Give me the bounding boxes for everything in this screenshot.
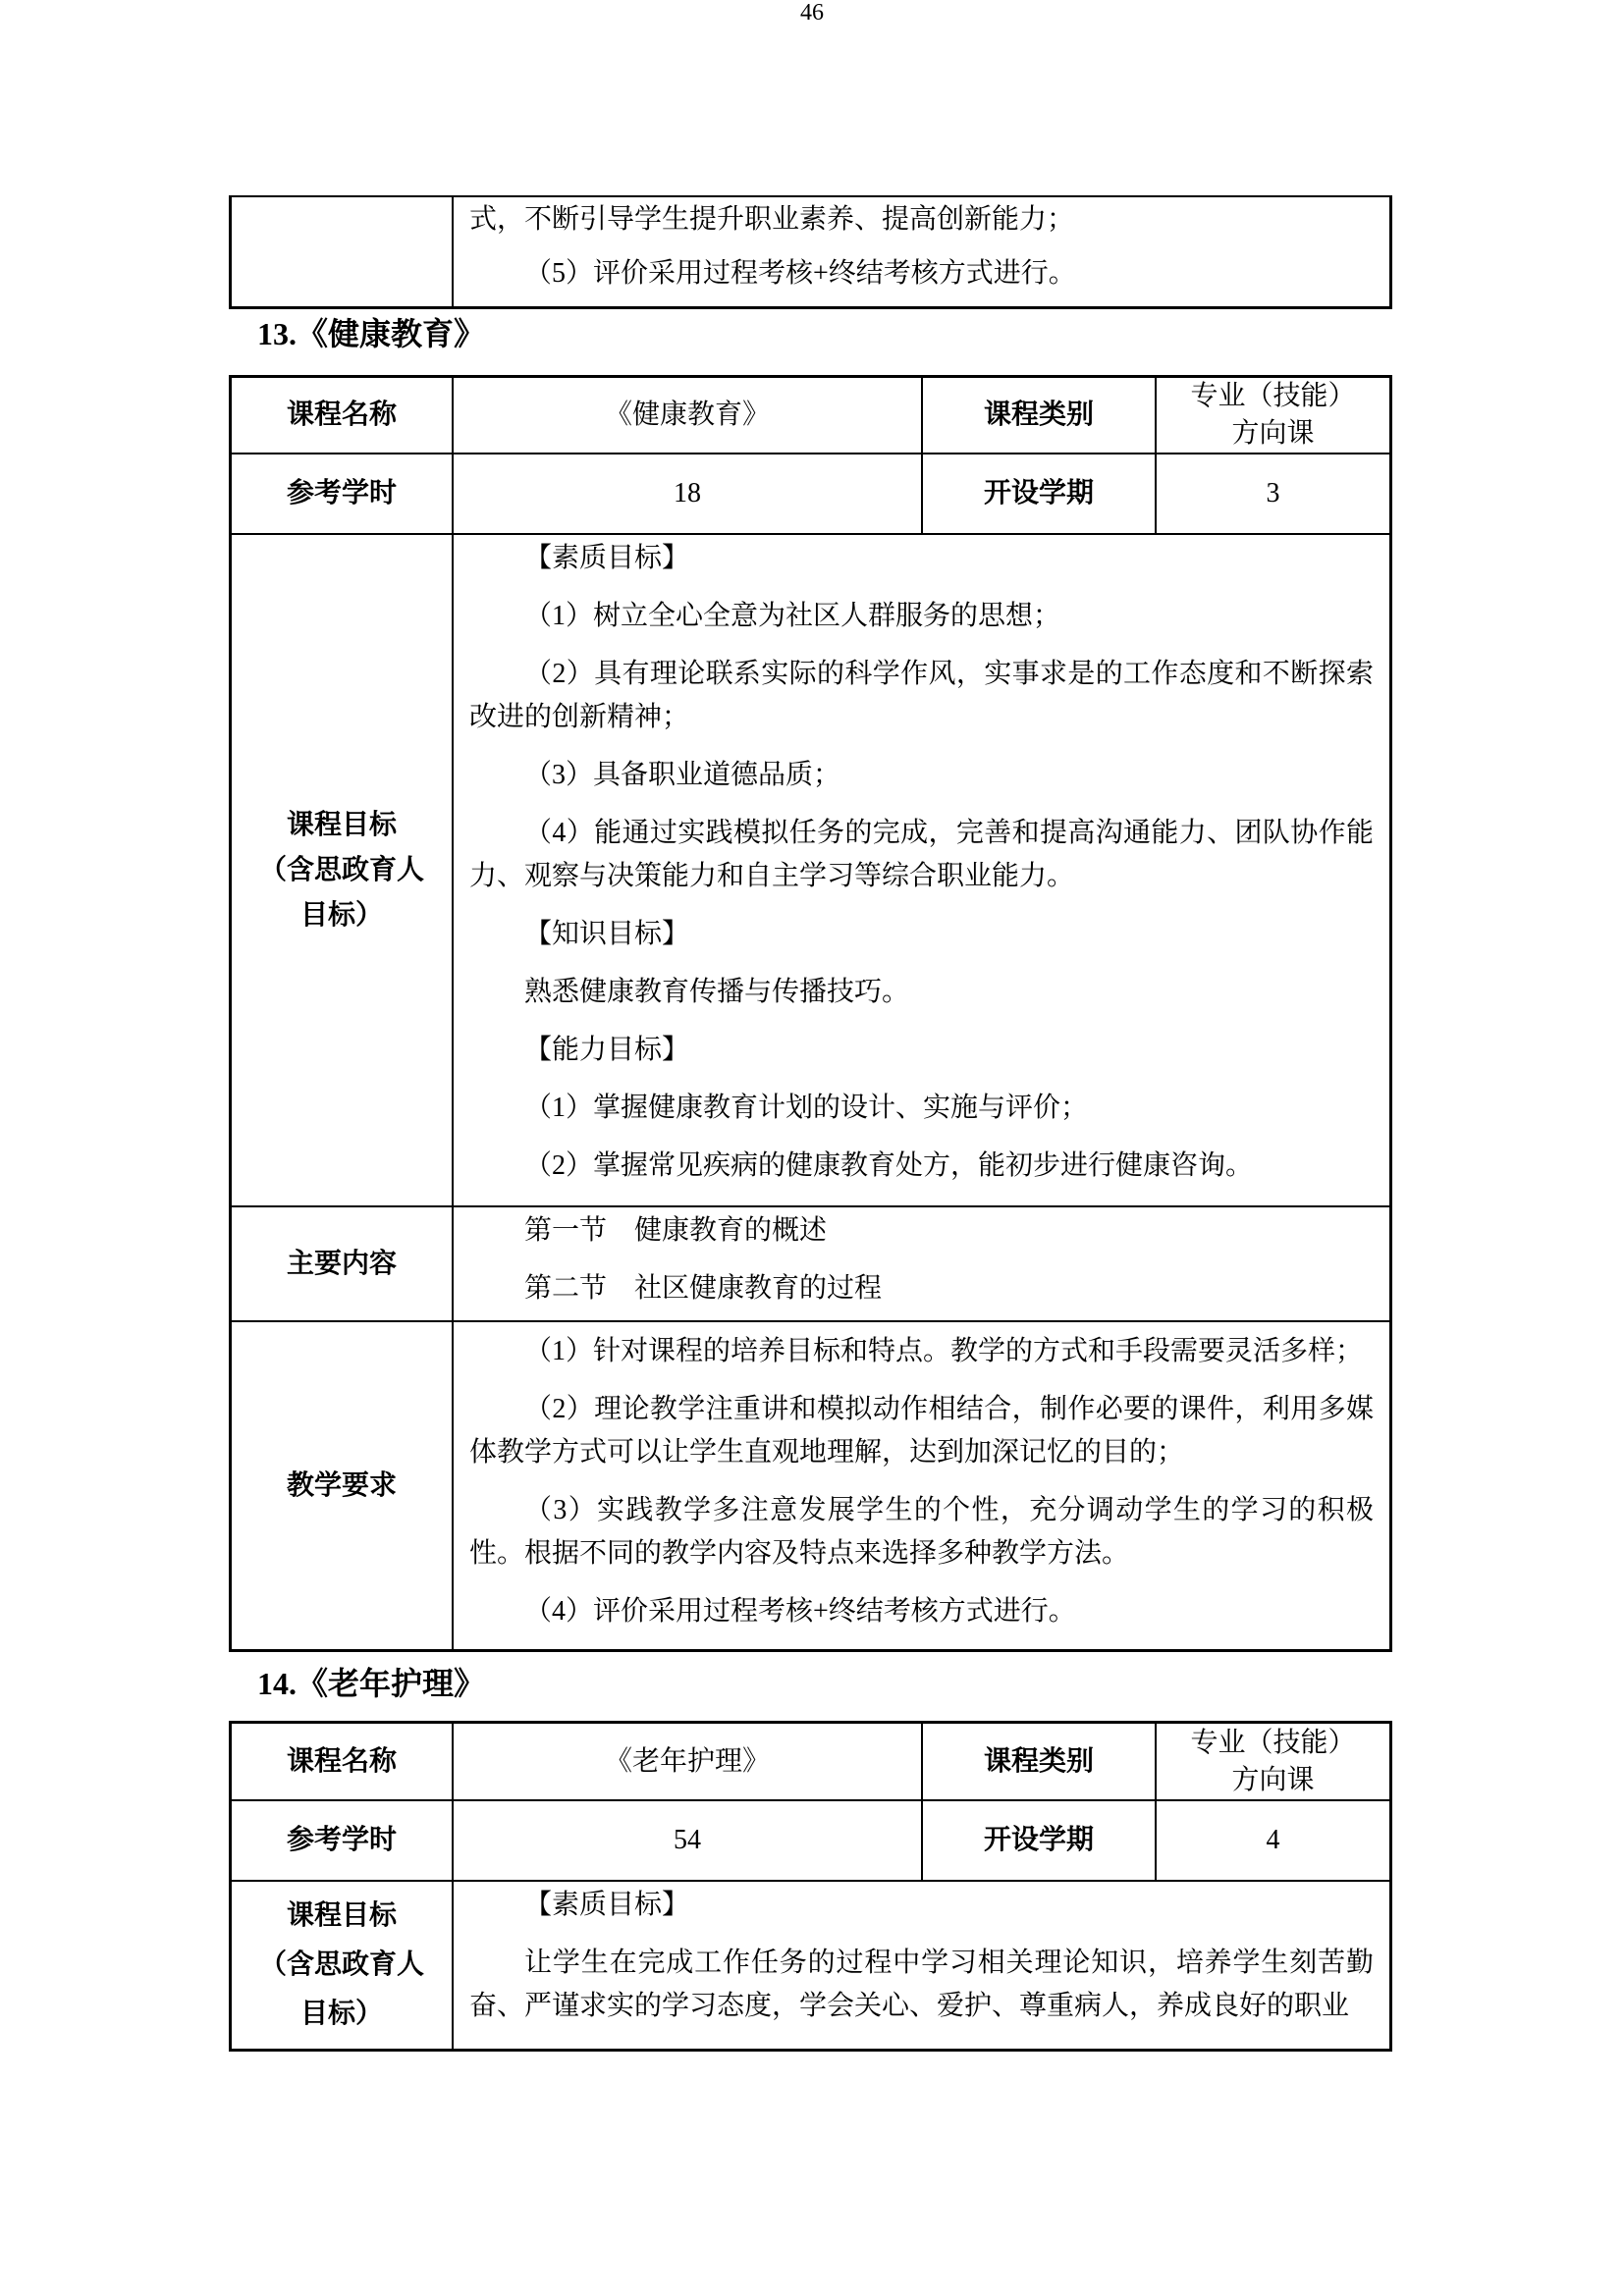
- objectives-label: 课程目标 （含思政育人 目标）: [259, 803, 424, 938]
- semester-label-cell: 开设学期: [923, 454, 1157, 535]
- objectives-label-cell: 课程目标 （含思政育人 目标）: [232, 1882, 454, 2049]
- course-name-label: 课程名称: [287, 1739, 397, 1785]
- hours-value-cell: 54: [454, 1801, 923, 1882]
- content-line: 第二节 社区健康教育的过程: [469, 1267, 1374, 1310]
- hours-label-cell: 参考学时: [232, 1801, 454, 1882]
- hours-value: 18: [674, 475, 701, 512]
- requirements-label: 教学要求: [287, 1464, 397, 1509]
- course-name-value: 《健康教育》: [605, 397, 770, 434]
- category-label-cell: 课程类别: [923, 378, 1157, 454]
- objective-line: 【知识目标】: [469, 913, 1374, 956]
- requirement-line: （3）实践教学多注意发展学生的个性，充分调动学生的学习的积极性。根据不同的教学内…: [469, 1489, 1374, 1575]
- category-value: 专业（技能） 方向课: [1190, 1725, 1355, 1799]
- course-name-label-cell: 课程名称: [232, 378, 454, 454]
- main-content-cell: 第一节 健康教育的概述 第二节 社区健康教育的过程: [454, 1207, 1389, 1322]
- requirements-content-cell: （1）针对课程的培养目标和特点。教学的方式和手段需要灵活多样； （2）理论教学注…: [454, 1322, 1389, 1649]
- hours-label: 参考学时: [287, 471, 397, 516]
- page-number: 46: [0, 0, 1624, 27]
- fragment-line: 式，不断引导学生提升职业素养、提高创新能力；: [469, 198, 1374, 241]
- objective-line: （1）树立全心全意为社区人群服务的思想；: [469, 595, 1374, 638]
- main-content-label-cell: 主要内容: [232, 1207, 454, 1322]
- requirement-line: （1）针对课程的培养目标和特点。教学的方式和手段需要灵活多样；: [469, 1330, 1374, 1373]
- course-table-health-education: 课程名称 《健康教育》 课程类别 专业（技能） 方向课 参考学时 18 开设学期…: [229, 375, 1392, 1652]
- objective-line: （4）能通过实践模拟任务的完成，完善和提高沟通能力、团队协作能力、观察与决策能力…: [469, 812, 1374, 898]
- requirement-line: （4）评价采用过程考核+终结考核方式进行。: [469, 1590, 1374, 1633]
- objective-line: （1）掌握健康教育计划的设计、实施与评价；: [469, 1087, 1374, 1130]
- category-label: 课程类别: [984, 1739, 1094, 1785]
- course-name-label-cell: 课程名称: [232, 1724, 454, 1801]
- objectives-content-cell: 【素质目标】 让学生在完成工作任务的过程中学习相关理论知识，培养学生刻苦勤奋、严…: [454, 1882, 1389, 2049]
- semester-label: 开设学期: [984, 471, 1094, 516]
- objective-line: （3）具备职业道德品质；: [469, 754, 1374, 797]
- objective-line: 熟悉健康教育传播与传播技巧。: [469, 971, 1374, 1014]
- hours-value-cell: 18: [454, 454, 923, 535]
- objective-line: （2）具有理论联系实际的科学作风，实事求是的工作态度和不断探索改进的创新精神；: [469, 653, 1374, 739]
- course-name-label: 课程名称: [287, 393, 397, 438]
- objective-line: 【素质目标】: [469, 537, 1374, 580]
- category-value-cell: 专业（技能） 方向课: [1157, 1724, 1389, 1801]
- hours-label-cell: 参考学时: [232, 454, 454, 535]
- requirement-line: （2）理论教学注重讲和模拟动作相结合，制作必要的课件，利用多媒体教学方式可以让学…: [469, 1388, 1374, 1474]
- course-name-value-cell: 《健康教育》: [454, 378, 923, 454]
- hours-label: 参考学时: [287, 1818, 397, 1863]
- course-name-value: 《老年护理》: [605, 1743, 770, 1781]
- category-value: 专业（技能） 方向课: [1190, 378, 1355, 453]
- course-table-elderly-care: 课程名称 《老年护理》 课程类别 专业（技能） 方向课 参考学时 54 开设学期…: [229, 1721, 1392, 2052]
- semester-value-cell: 3: [1157, 454, 1389, 535]
- semester-value-cell: 4: [1157, 1801, 1389, 1882]
- fragment-empty-label-cell: [232, 197, 454, 306]
- fragment-line: （5）评价采用过程考核+终结考核方式进行。: [469, 252, 1374, 295]
- semester-value: 4: [1267, 1822, 1280, 1859]
- objective-line: 【素质目标】: [469, 1884, 1374, 1927]
- objectives-label-cell: 课程目标 （含思政育人 目标）: [232, 535, 454, 1207]
- category-label: 课程类别: [984, 393, 1094, 438]
- course-name-value-cell: 《老年护理》: [454, 1724, 923, 1801]
- hours-value: 54: [674, 1822, 701, 1859]
- section-heading-14: 14.《老年护理》: [257, 1665, 485, 1702]
- requirements-label-cell: 教学要求: [232, 1322, 454, 1649]
- fragment-content-cell: 式，不断引导学生提升职业素养、提高创新能力； （5）评价采用过程考核+终结考核方…: [454, 197, 1389, 306]
- category-value-cell: 专业（技能） 方向课: [1157, 378, 1389, 454]
- semester-label-cell: 开设学期: [923, 1801, 1157, 1882]
- objectives-content-cell: 【素质目标】 （1）树立全心全意为社区人群服务的思想； （2）具有理论联系实际的…: [454, 535, 1389, 1207]
- content-line: 第一节 健康教育的概述: [469, 1209, 1374, 1253]
- objective-line: 【能力目标】: [469, 1029, 1374, 1072]
- category-label-cell: 课程类别: [923, 1724, 1157, 1801]
- semester-label: 开设学期: [984, 1818, 1094, 1863]
- objective-line: 让学生在完成工作任务的过程中学习相关理论知识，培养学生刻苦勤奋、严谨求实的学习态…: [469, 1942, 1374, 2028]
- main-content-label: 主要内容: [287, 1242, 397, 1287]
- objective-line: （2）掌握常见疾病的健康教育处方，能初步进行健康咨询。: [469, 1145, 1374, 1188]
- table-fragment-teaching-requirements: 式，不断引导学生提升职业素养、提高创新能力； （5）评价采用过程考核+终结考核方…: [229, 195, 1392, 309]
- objectives-label: 课程目标 （含思政育人 目标）: [259, 1892, 424, 2039]
- semester-value: 3: [1267, 475, 1280, 512]
- section-heading-13: 13.《健康教育》: [257, 315, 485, 352]
